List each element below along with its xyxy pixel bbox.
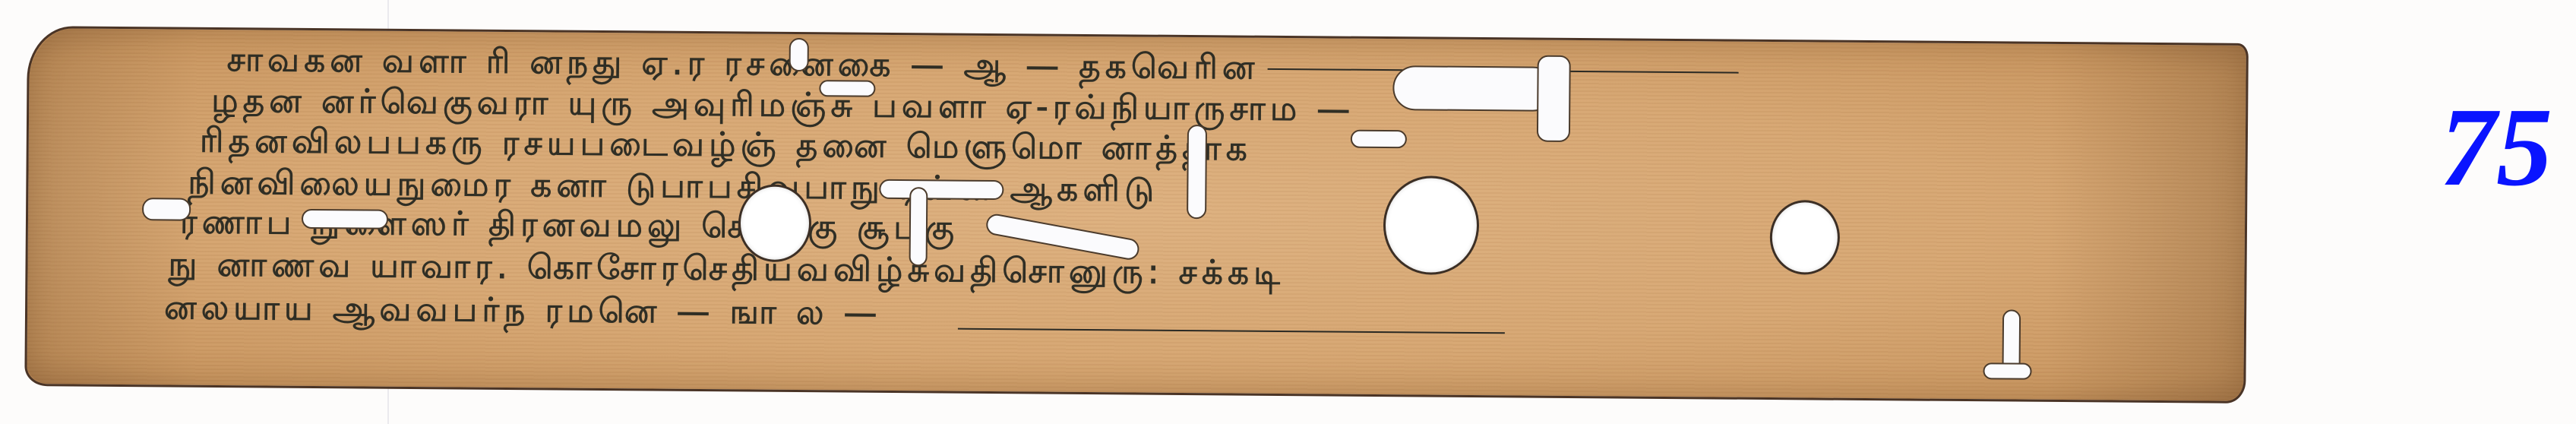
- manuscript-line-1: சாவகன வளா ரி னநது ஏ.ர ரசனைகை — ஆ — தகவெர…: [226, 43, 1259, 85]
- underline-rule-1: [958, 328, 1505, 334]
- insect-damage: [1187, 125, 1207, 219]
- manuscript-line-5: ரணாப நுளைஸர் திரனவமலு கொனகு சூடகு: [180, 206, 959, 245]
- binding-hole-left: [738, 184, 812, 262]
- binding-hole-right: [1770, 200, 1841, 275]
- insect-damage: [302, 209, 388, 229]
- insect-damage: [909, 187, 928, 266]
- insect-damage: [819, 80, 875, 97]
- insect-damage: [1983, 362, 2031, 380]
- insect-damage: [879, 179, 1004, 200]
- manuscript-line-4: நினவிலையநுமைர கனா டுபாபசிவபாநு ரவ்ன ஆகளி…: [188, 166, 1158, 207]
- page-number: 75: [2440, 91, 2552, 204]
- palm-leaf: சாவகன வளா ரி னநது ஏ.ர ரசனைகை — ஆ — தகவெர…: [24, 26, 2249, 403]
- insect-damage: [1537, 55, 1571, 142]
- leaf-edge-shade-right: [2046, 44, 2246, 401]
- insect-damage: [1351, 130, 1407, 149]
- insect-damage: [1392, 65, 1555, 112]
- manuscript-line-7: னலயாய ஆவவபர்ந ரமனெ — ஙா ல —: [164, 291, 882, 330]
- insect-damage: [789, 38, 809, 71]
- binding-hole-center: [1383, 176, 1479, 275]
- manuscript-line-2: ழதன னர்வெகுவரா யுரு அவுரிமஞ்சு பவளா ஏ-ரவ…: [211, 84, 1354, 127]
- insect-damage: [142, 198, 191, 221]
- manuscript-line-3: ரிதனவிலபபகரு ரசயபடைவழ்ஞ் தனை மெளுமொ னாத்…: [200, 125, 1252, 166]
